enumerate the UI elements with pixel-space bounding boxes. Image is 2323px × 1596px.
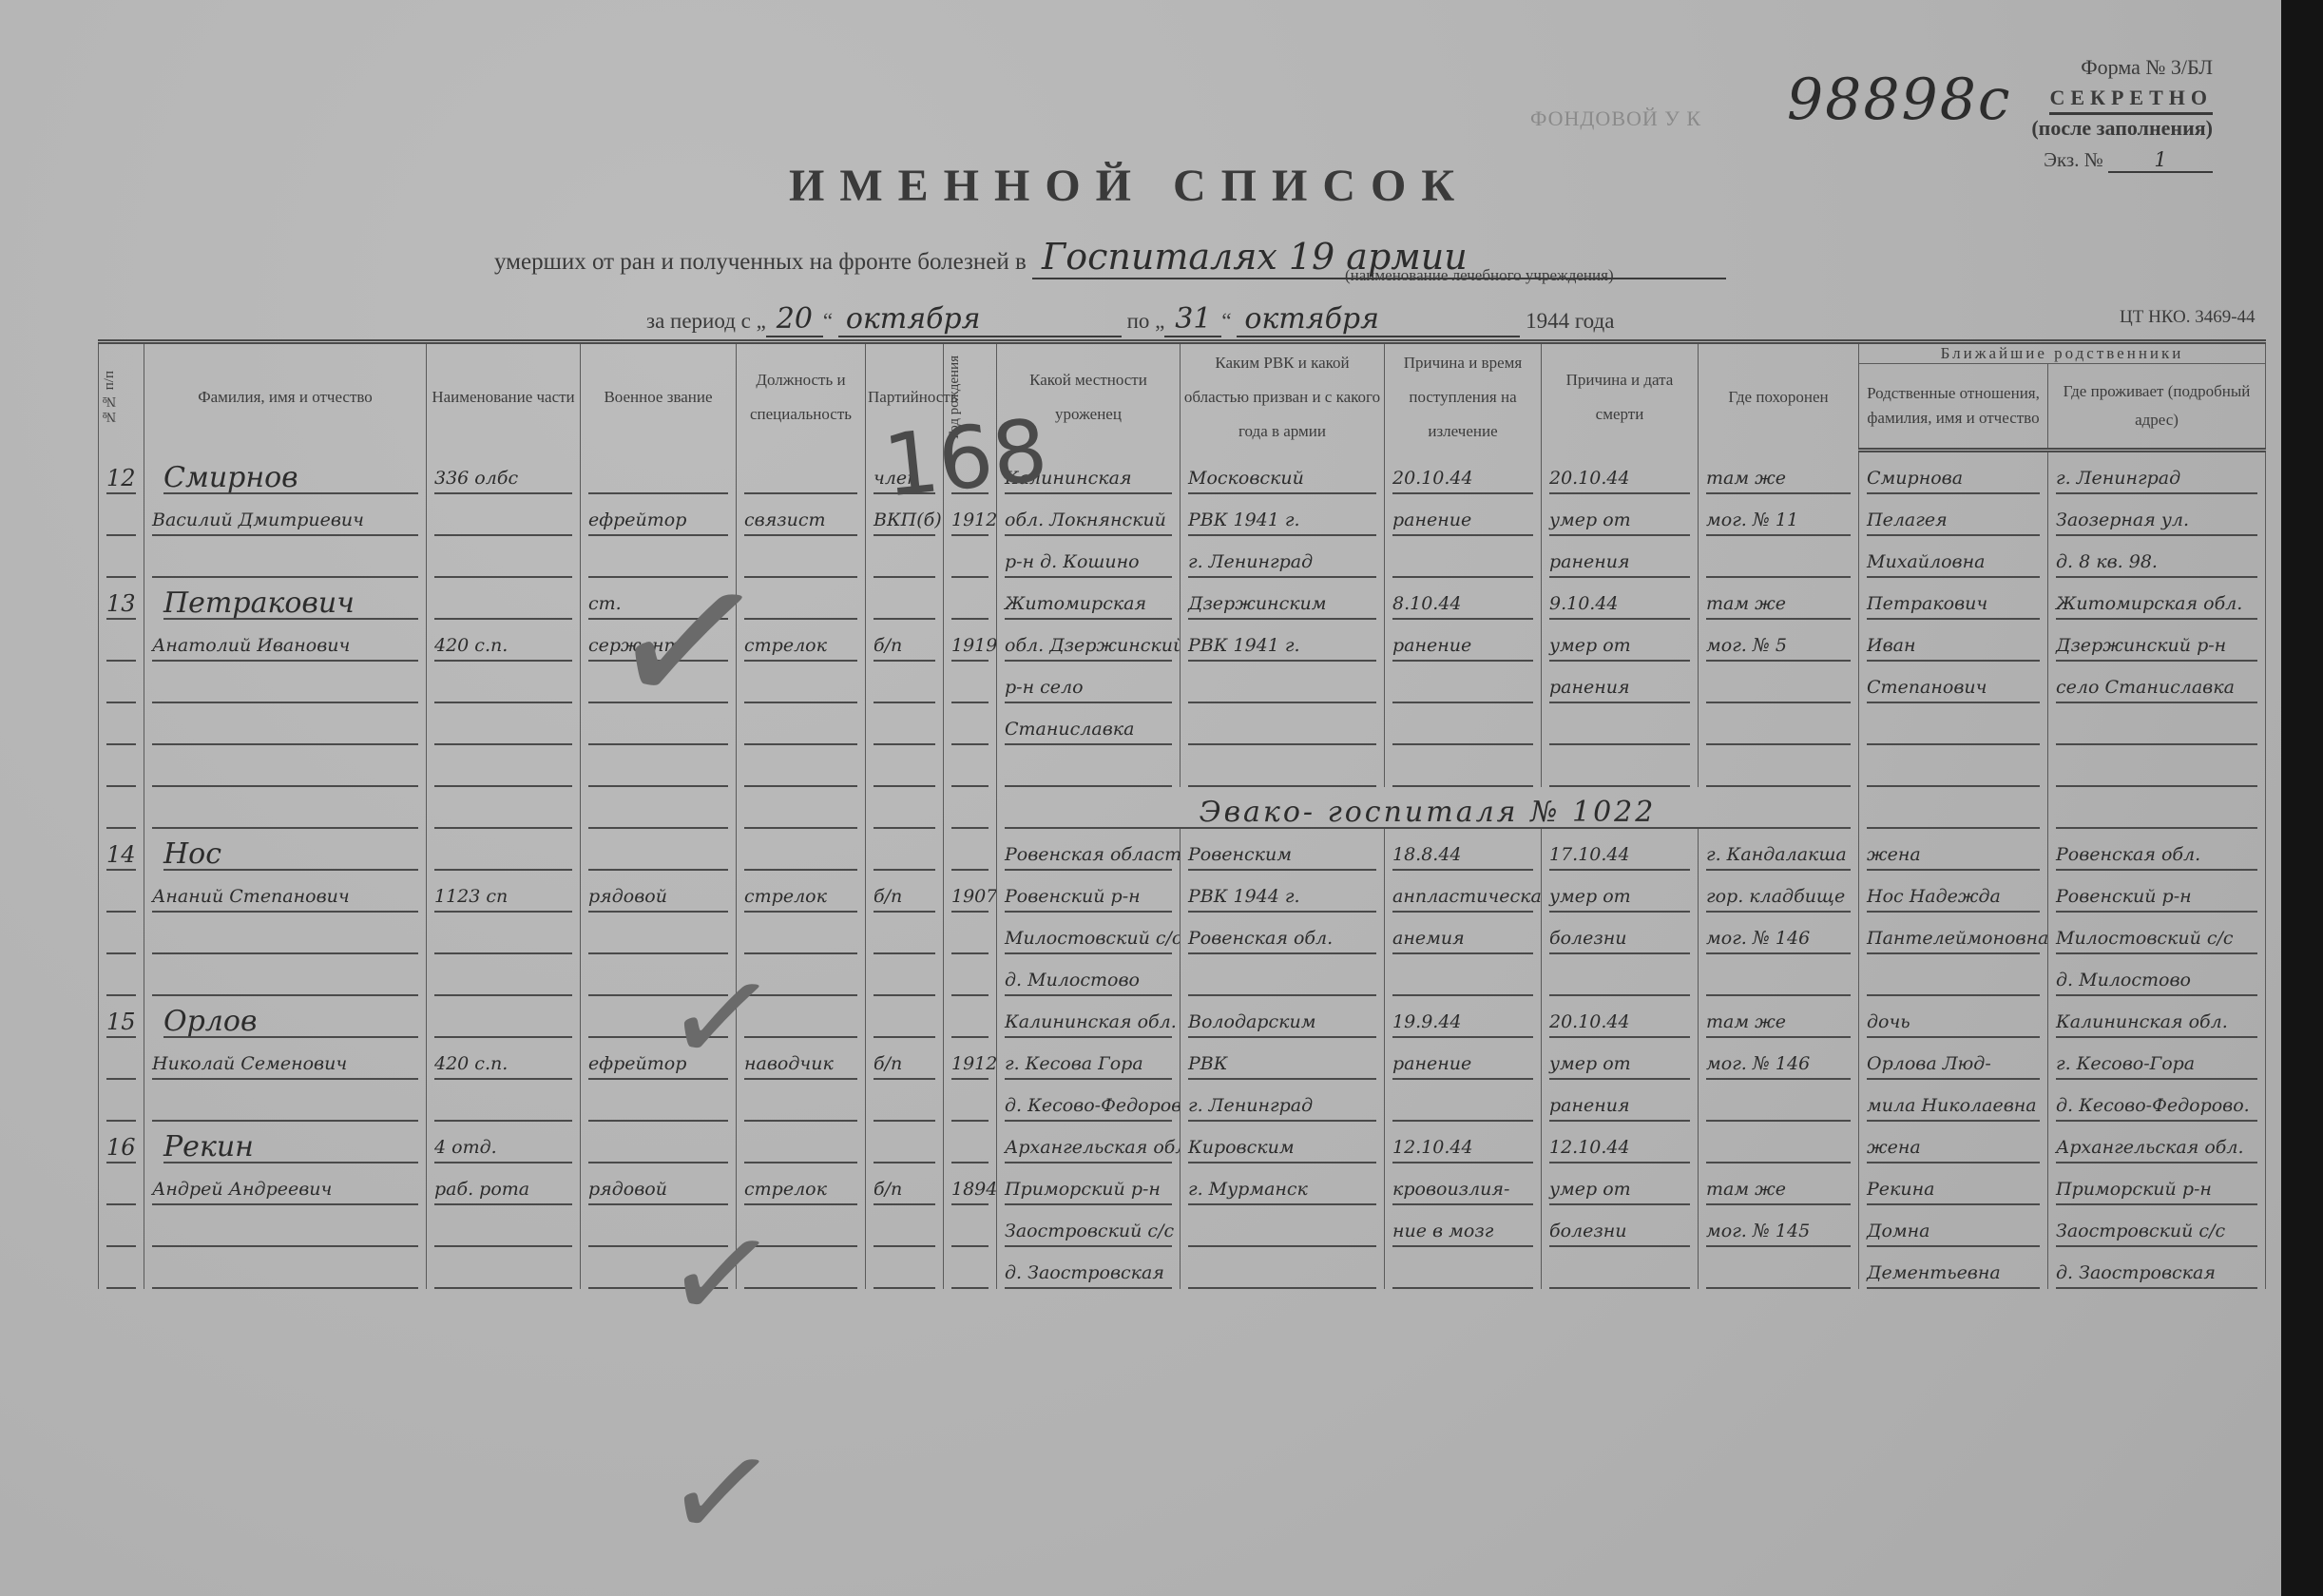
- col-position: Должность и специальность: [737, 342, 866, 451]
- col-death: Причина и дата смерти: [1542, 342, 1699, 451]
- period-to-month: октября: [1237, 302, 1520, 337]
- annotation-168: 168: [879, 400, 1052, 516]
- col-name: Фамилия, имя и отчество: [144, 342, 427, 451]
- col-draft: Каким РВК и какой областью призван и с к…: [1181, 342, 1385, 451]
- col-rank: Военное звание: [581, 342, 737, 451]
- period-to-label: по: [1127, 309, 1150, 333]
- col-relative-name: Родственные отношения, фамилия, имя и от…: [1859, 364, 2048, 451]
- period-year: 1944 года: [1526, 309, 1614, 333]
- scan-border-right: [2281, 0, 2323, 1596]
- table-row: 12 Смирнов 336 олбс член Калининская Мос…: [99, 451, 2266, 495]
- copy-number: Экз. № 1: [2044, 148, 2213, 173]
- section-note: Эвако- госпиталя № 1022: [1005, 798, 1851, 829]
- given-name: Василий Дмитриевич: [152, 506, 418, 536]
- col-admission: Причина и время поступления на излечение: [1385, 342, 1542, 451]
- table-row: 13 Петракович ст. Житомирская Дзержински…: [99, 578, 2266, 620]
- pencil-check-icon: ✓: [594, 522, 782, 763]
- copy-value: 1: [2108, 148, 2213, 173]
- table-row: [99, 745, 2266, 787]
- col-burial: Где похоронен: [1699, 342, 1859, 451]
- table-row: д. Заостровская Дементьевна д. Заостровс…: [99, 1247, 2266, 1289]
- print-code: ЦТ НКО. 3469-44: [2120, 307, 2256, 328]
- subtitle-prefix: умерших от ран и полученных на фронте бо…: [494, 249, 1027, 275]
- surname: Смирнов: [163, 464, 418, 494]
- pencil-check-icon: ✓: [655, 1410, 787, 1579]
- table-row: Заостровский с/с ние в мозг болезни мог.…: [99, 1205, 2266, 1247]
- table-row: 16 Рекин 4 отд. Архангельская обл. Киров…: [99, 1122, 2266, 1163]
- document-sheet: Форма № 3/БЛ СЕКРЕТНО (после заполнения)…: [0, 0, 2281, 1596]
- col-relatives-group: Ближайшие родственники: [1859, 342, 2266, 364]
- table-row: Ананий Степанович 1123 сп рядовой стрело…: [99, 871, 2266, 913]
- table-row: Милостовский с/с Ровенская обл. анемия б…: [99, 913, 2266, 954]
- col-unit: Наименование части: [427, 342, 581, 451]
- table-row: р-н село ранения Степанович село Станисл…: [99, 662, 2266, 703]
- archive-number: 98898с: [1787, 67, 2011, 133]
- table-row: 15 Орлов Калининская обл. Володарским 19…: [99, 996, 2266, 1038]
- secrecy-note: (после заполнения): [2031, 116, 2213, 141]
- period-from-day: 20: [766, 302, 823, 337]
- table-row: Анатолий Иванович 420 с.п. сержант стрел…: [99, 620, 2266, 662]
- period-prefix: за период с: [646, 309, 751, 333]
- table-row: Николай Семенович 420 с.п. ефрейтор наво…: [99, 1038, 2266, 1080]
- table-row: Андрей Андреевич раб. рота рядовой стрел…: [99, 1163, 2266, 1205]
- col-relative-address: Где проживает (подробный адрес): [2048, 364, 2266, 451]
- section-row: Эвако- госпиталя № 1022: [99, 787, 2266, 829]
- period-to-day: 31: [1164, 302, 1221, 337]
- table-row: 14 Нос Ровенская область Ровенским 18.8.…: [99, 829, 2266, 871]
- period: за период с „20“ октября по „31“ октября…: [646, 302, 1614, 337]
- form-number: Форма № 3/БЛ: [2081, 55, 2213, 80]
- copy-label: Экз. №: [2044, 148, 2103, 171]
- pencil-check-icon: ✓: [655, 934, 787, 1104]
- casualty-table: №№ п/п Фамилия, имя и отчество Наименова…: [98, 339, 2266, 1289]
- document-title: ИМЕННОЙ СПИСОК: [789, 160, 1469, 212]
- table-row: Станиславка: [99, 703, 2266, 745]
- period-from-month: октября: [838, 302, 1122, 337]
- table-row: Василий Дмитриевич ефрейтор связист ВКП(…: [99, 494, 2266, 536]
- table-row: д. Кесово-Федоровка г. Ленинград ранения…: [99, 1080, 2266, 1122]
- institution-caption: (наименование лечебного учреждения): [1345, 266, 1614, 285]
- archive-stamp: ФОНДОВОЙ У К: [1530, 106, 1701, 131]
- pencil-check-icon: ✓: [655, 1191, 787, 1360]
- col-num: №№ п/п: [99, 342, 144, 451]
- table-row: р-н д. Кошино г. Ленинград ранения Михай…: [99, 536, 2266, 578]
- table-row: д. Милостово д. Милостово: [99, 954, 2266, 996]
- secrecy-label: СЕКРЕТНО: [2049, 86, 2213, 115]
